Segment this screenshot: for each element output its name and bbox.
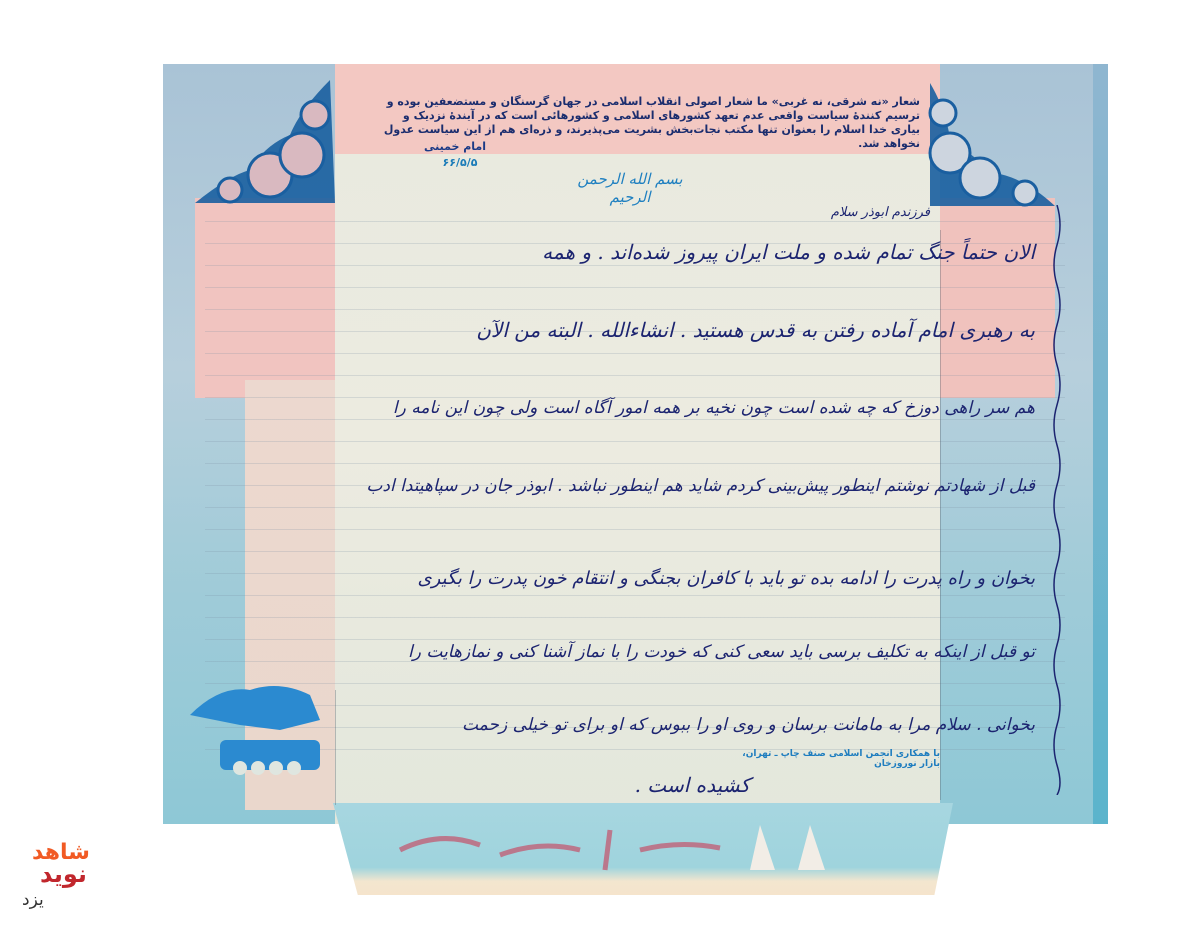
- letter-line: بخوانی . سلام مرا به مامانت برسان و روی …: [310, 715, 1035, 735]
- logo-word-yazd: یزد: [22, 890, 44, 910]
- faded-red-stamp: [380, 820, 860, 875]
- envelope-right-edge: [1093, 64, 1108, 824]
- slogan-author: امام خمینی: [420, 140, 490, 153]
- tank-illustration-icon: [180, 680, 330, 780]
- floral-corner-ornament-left-icon: [190, 75, 340, 205]
- pen-margin-line: [1050, 205, 1064, 795]
- printer-credit: با همکاری انجمن اسلامی صنف چاپ ـ تهران، …: [740, 749, 940, 769]
- letter-line: بخوان و راه پدرت را ادامه بده تو باید با…: [205, 568, 1035, 589]
- slogan-date: ۶۶/۵/۵: [430, 156, 490, 169]
- logo-word-navid: نوید: [40, 860, 87, 888]
- bismillah-heading: بسم الله الرحمن الرحیم: [560, 170, 700, 206]
- letter-line: کشیده است .: [630, 773, 750, 797]
- letter-greeting: فرزندم ابوذر سلام: [760, 205, 930, 220]
- letter-line: الان حتماً جنگ تمام شده و ملت ایران پیرو…: [255, 240, 1035, 264]
- letter-line: تو قبل از اینکه به تکلیف برسی باید سعی ک…: [265, 642, 1035, 662]
- watermark-logo: شاهد نوید یزد: [22, 840, 117, 915]
- letter-line: هم سر راهی دوزخ که چه شده است چون نخیه ب…: [225, 398, 1035, 418]
- fold-crease: [940, 230, 941, 800]
- letter-line: به رهبری امام آماده رفتن به قدس هستید . …: [235, 318, 1035, 342]
- letter-line: قبل از شهادتم نوشتم اینطور پیش‌بینی کردم…: [215, 476, 1035, 496]
- fold-crease: [335, 690, 336, 805]
- floral-corner-ornament-right-icon: [925, 78, 1060, 208]
